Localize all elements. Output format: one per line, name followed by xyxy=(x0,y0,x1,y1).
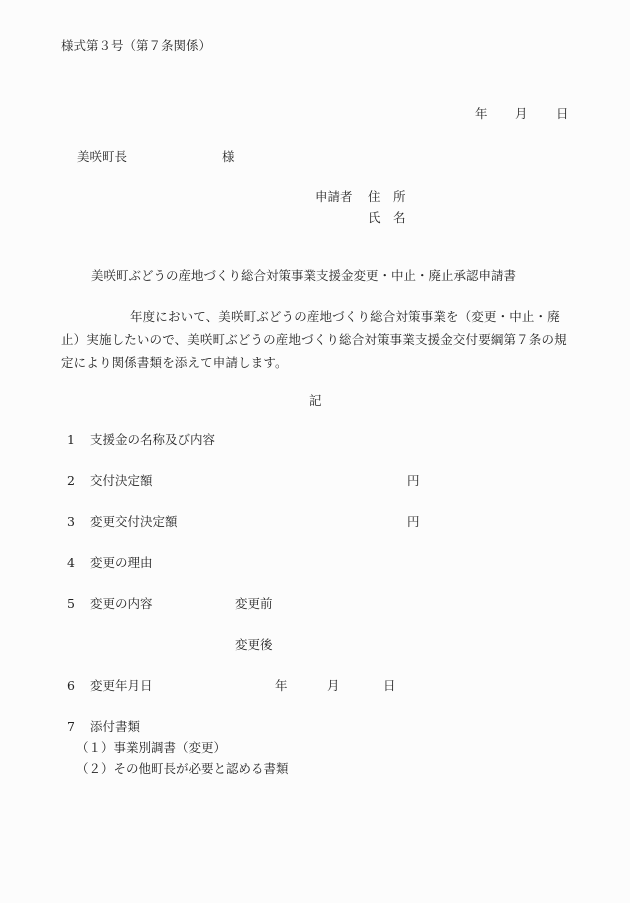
date-month-label: 月 xyxy=(515,106,528,122)
item-2-number: 2 xyxy=(67,473,75,489)
item-5-number: 5 xyxy=(67,596,75,612)
addressee-honorific: 様 xyxy=(222,149,235,165)
item-5-after-label: 変更後 xyxy=(235,637,273,653)
item-4-number: 4 xyxy=(67,555,75,571)
attachment-item-2: （２）その他町長が必要と認める書類 xyxy=(76,761,289,777)
item-1-number: 1 xyxy=(67,432,75,448)
form-number-header: 様式第３号（第７条関係） xyxy=(61,38,211,54)
ki-heading: 記 xyxy=(309,393,322,409)
item-6-number: 6 xyxy=(67,678,75,694)
item-6-day-label: 日 xyxy=(383,678,396,694)
applicant-address-label: 住 所 xyxy=(368,189,406,205)
item-2-label: 交付決定額 xyxy=(90,473,153,489)
applicant-label: 申請者 xyxy=(315,189,353,205)
item-6-label: 変更年月日 xyxy=(90,678,153,694)
item-5-before-label: 変更前 xyxy=(235,596,273,612)
date-day-label: 日 xyxy=(556,106,569,122)
applicant-name-label: 氏 名 xyxy=(368,210,406,226)
item-6-year-label: 年 xyxy=(275,678,288,694)
addressee-name: 美咲町長 xyxy=(77,149,127,165)
item-1-label: 支援金の名称及び内容 xyxy=(90,432,215,448)
item-3-label: 変更交付決定額 xyxy=(90,514,178,530)
attachment-item-1: （１）事業別調書（変更） xyxy=(76,740,226,756)
item-7-label: 添付書類 xyxy=(90,719,140,735)
date-year-label: 年 xyxy=(475,106,488,122)
body-paragraph: 年度において、美咲町ぶどうの産地づくり総合対策事業を（変更・中止・廃止）実施した… xyxy=(61,305,569,374)
document-title: 美咲町ぶどうの産地づくり総合対策事業支援金変更・中止・廃止承認申請書 xyxy=(91,268,516,284)
item-2-unit: 円 xyxy=(407,473,420,489)
body-paragraph-text: 年度において、美咲町ぶどうの産地づくり総合対策事業を（変更・中止・廃止）実施した… xyxy=(61,309,567,370)
item-4-label: 変更の理由 xyxy=(90,555,153,571)
item-6-month-label: 月 xyxy=(327,678,340,694)
item-5-label: 変更の内容 xyxy=(90,596,153,612)
item-3-number: 3 xyxy=(67,514,75,530)
document-page: 様式第３号（第７条関係） 年 月 日 美咲町長 様 申請者 住 所 氏 名 美咲… xyxy=(0,0,630,903)
item-7-number: 7 xyxy=(67,719,75,735)
item-3-unit: 円 xyxy=(407,514,420,530)
